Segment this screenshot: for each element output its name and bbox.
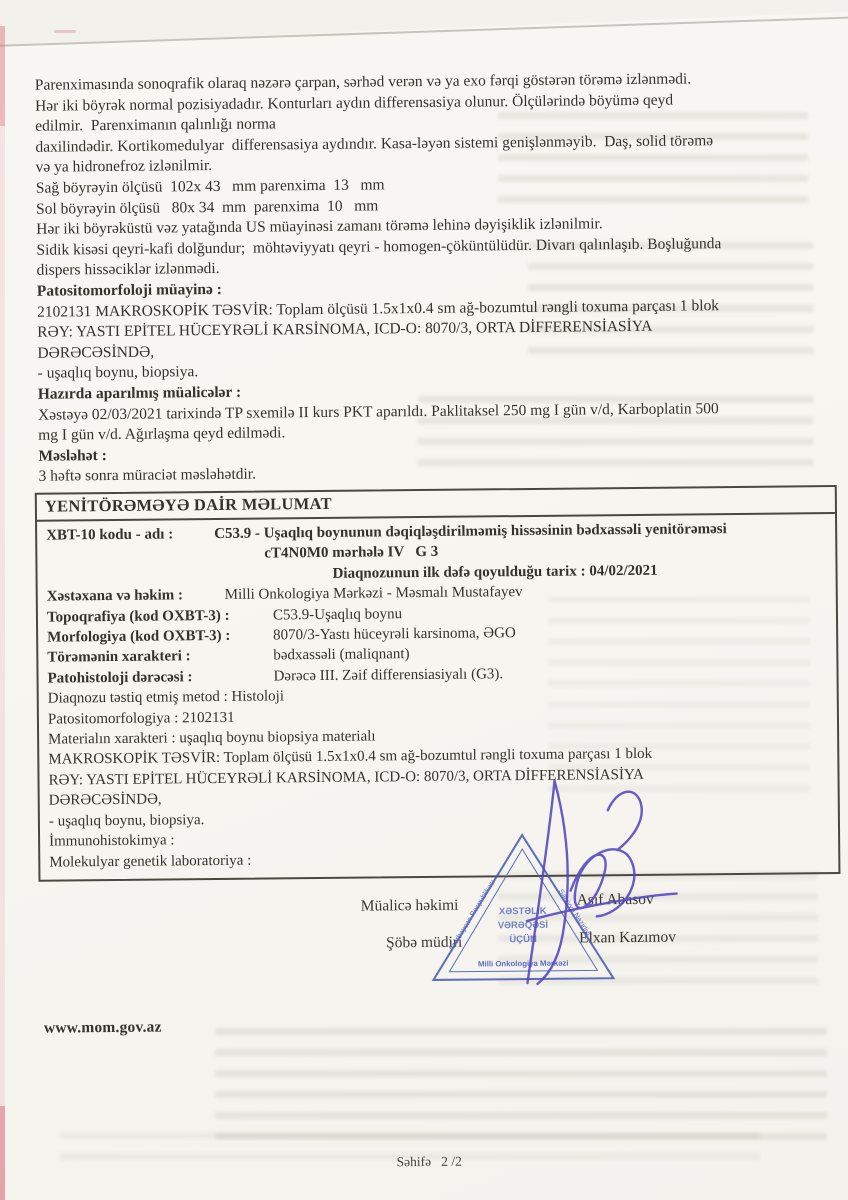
hospital-doctor-value: Milli Onkologiya Mərkəzi - Məsmalı Musta… — [225, 582, 523, 605]
scanned-document-page: Parenximasında sonoqrafik olaraq nəzərə … — [0, 0, 848, 1200]
morphology-value: 8070/3-Yastı hüceyrəli karsinoma, ƏGO — [273, 623, 516, 646]
topography-value: C53.9-Uşaqlıq boynu — [273, 604, 402, 626]
tumor-character-value: bədxassəli (maliqnant) — [273, 645, 409, 667]
hospital-doctor-label: Xəstəxana və həkim : — [47, 585, 225, 607]
signature-scribble — [469, 767, 721, 999]
icd10-code-label: XBT-10 kodu - adı : — [46, 524, 214, 546]
report-body: Parenximasında sonoqrafik olaraq nəzərə … — [35, 68, 831, 487]
website-url: www.mom.gov.az — [44, 1019, 162, 1038]
histology-grade-label: Patohistoloji dərəcəsi : — [47, 666, 273, 689]
histology-grade-value: Dərəcə III. Zəif differensiasiyalı (G3). — [273, 664, 503, 687]
tumor-character-label: Törəmənin xarakteri : — [47, 646, 273, 669]
page-number: Səhifə 2 /2 — [5, 1150, 848, 1174]
topography-label: Topoqrafiya (kod OXBT-3) : — [47, 605, 273, 628]
morphology-label: Morfologiya (kod OXBT-3) : — [47, 625, 273, 648]
